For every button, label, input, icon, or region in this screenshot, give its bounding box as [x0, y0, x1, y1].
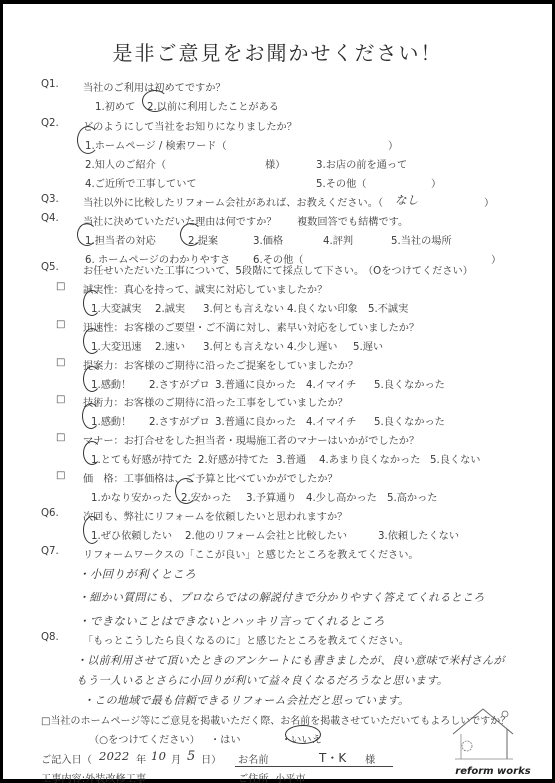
house-logo-icon — [443, 704, 543, 766]
q3-question: 当社以外に比較したリフォーム会社があれば、お教えください。（ — [83, 194, 383, 209]
q2-number: Q2. — [41, 118, 59, 129]
q8-number: Q8. — [41, 632, 59, 643]
q6-option-1[interactable]: 1.ぜひ依頼したい — [91, 527, 172, 542]
q5-item-label: 価 格：工事価格は、ご予算と比べていかがでしたか？ — [83, 470, 338, 485]
q2-option-4[interactable]: 4.ご近所で工事していて — [85, 175, 197, 190]
q6-option-3[interactable]: 3.依頼したくない — [378, 527, 459, 542]
q5-item-option[interactable]: 3.普通 — [276, 451, 306, 466]
q7-answer: ・小回りが利くところ — [78, 566, 196, 582]
year-unit: 年 — [136, 751, 146, 766]
q5-item-option[interactable]: 1.とても好感が持てた — [91, 451, 192, 466]
q5-item-label: 誠実性：真心を持って、誠実に対応していましたか？ — [83, 281, 327, 296]
q5-item-option[interactable]: 2.さすがプロ — [149, 413, 210, 428]
q3-close: ） — [484, 194, 494, 209]
name-suffix: 様 — [365, 751, 375, 766]
q5-item-option[interactable]: 3.普通に良かった — [215, 413, 296, 428]
selection-circle — [77, 126, 99, 154]
q8-answer: ・この地域で最も信頼できるリフォーム会社だと思っています。 — [83, 692, 409, 708]
q4-other-close: ） — [491, 251, 501, 266]
q5-item-option[interactable]: 2.速い — [155, 338, 185, 353]
work-label: 工事内容: — [41, 770, 85, 783]
page-title: 是非ご意見をお聞かせください！ — [3, 37, 552, 66]
q5-item-option[interactable]: 5.不誠実 — [368, 300, 408, 315]
q5-item-label: 提案力：お客様のご期待に沿ったご提案をしていましたか？ — [83, 357, 358, 372]
q6-number: Q6. — [41, 508, 59, 519]
q5-item-option[interactable]: 2.好感が持てた — [198, 451, 269, 466]
q2-option-2-suffix: 様） — [265, 156, 285, 171]
q4-note: 複数回答でも結構です。 — [297, 213, 408, 228]
q5-item-label: 迅速性：お客様のご要望・ご不満に対し、素早い対応をしていましたか？ — [83, 319, 419, 334]
q5-note: （Oをつけてください） — [363, 262, 473, 277]
q4-option-3[interactable]: 3.価格 — [253, 232, 283, 247]
q5-item-option[interactable]: 4.イマイチ — [306, 413, 356, 428]
q7-answer: ・細かい質問にも、プロならではの解説付きで分かりやすく答えてくれるところ — [78, 589, 485, 605]
address-value: 小平市 — [275, 770, 306, 783]
q6-question: 次回も、弊社にリフォームを依頼したいと思われますか？ — [83, 508, 347, 523]
q5-item-option[interactable]: 5.良くなかった — [374, 376, 445, 391]
q5-item-label: 技術力：お客様のご期待に沿った工事をしていましたか？ — [83, 394, 348, 409]
address-label: ご住所 — [238, 770, 269, 783]
q5-item-option[interactable]: 2.誠実 — [155, 300, 185, 315]
q8-question: 「もっとこうしたら良くなるのに」と感じたところを教えてください。 — [83, 632, 409, 647]
q5-item-option[interactable]: 4.イマイチ — [306, 376, 356, 391]
q5-item-option[interactable]: 5.遅い — [353, 338, 383, 353]
q5-item-option[interactable]: 2.さすがプロ — [149, 376, 210, 391]
q5-item-option[interactable]: 4.あまり良くなかった — [319, 451, 420, 466]
q5-item-option[interactable]: 3.予算通り — [246, 489, 296, 504]
q2-option-5-close: ） — [431, 175, 441, 190]
q5-item-option[interactable]: 1.かなり安かった — [91, 489, 172, 504]
selection-circle — [77, 223, 97, 246]
day-unit: 日） — [201, 751, 221, 766]
logo-text: reform works — [443, 766, 543, 777]
consent-question: □当社のホームページ等にご意見を掲載いただく際、お名前を掲載させていただいてもよ… — [41, 712, 510, 727]
selection-circle — [285, 725, 321, 744]
selection-circle — [83, 441, 101, 465]
selection-circle — [175, 478, 197, 504]
q4-number: Q4. — [41, 213, 59, 224]
name-label: お名前 — [238, 751, 269, 766]
name-underline — [235, 766, 393, 767]
q5-item-label: マナー：お打合せをした担当者・現場施工者のマナーはいかがでしたか？ — [83, 432, 419, 447]
q1-option-1[interactable]: 1.初めて — [95, 98, 135, 113]
survey-sheet: 是非ご意見をお聞かせください！ Q1. 当社のご利用は初めてですか？ 1.初めて… — [3, 4, 552, 779]
date-month: 10 — [151, 749, 166, 763]
q5-item-checkbox[interactable]: □ — [56, 470, 65, 481]
q2-option-5[interactable]: 5.その他（ — [316, 175, 366, 190]
work-value: 外装改修工事 — [85, 770, 146, 783]
q5-item-option[interactable]: 3.何とも言えない — [203, 338, 284, 353]
q5-item-option[interactable]: 5.良くなかった — [374, 413, 445, 428]
selection-circle — [180, 223, 202, 246]
q5-item-option[interactable]: 4.良くない印象 — [287, 300, 358, 315]
q4-option-4[interactable]: 4.評判 — [323, 232, 353, 247]
q5-item-option[interactable]: 5.高かった — [387, 489, 437, 504]
selection-circle — [83, 366, 101, 392]
q5-item-checkbox[interactable]: □ — [56, 432, 65, 443]
date-day: 5 — [187, 749, 196, 764]
q6-option-2[interactable]: 2.他のリフォーム会社と比較したい — [185, 527, 347, 542]
q8-answer: もう一人いるとさらに小回りが利いて益々良くなるだろうなと思います。 — [76, 672, 448, 688]
month-unit: 月 — [171, 751, 181, 766]
selection-circle — [83, 328, 101, 354]
q7-answer: ・できないことはできないとハッキリ言ってくれるところ — [78, 613, 385, 629]
q2-option-1-close: ） — [388, 137, 398, 152]
q5-item-checkbox[interactable]: □ — [56, 281, 65, 292]
q5-item-option[interactable]: 4.少し遅い — [287, 338, 337, 353]
q5-number: Q5. — [41, 262, 59, 273]
q7-number: Q7. — [41, 546, 59, 557]
selection-circle — [83, 516, 101, 544]
selection-circle — [142, 90, 168, 112]
q5-item-option[interactable]: 3.普通に良かった — [215, 376, 296, 391]
reform-works-logo: reform works — [443, 704, 543, 779]
q8-answer: ・以前利用させて頂いたときのアンケートにも書きましたが、良い意味で米村さんが — [76, 652, 505, 668]
date-year: 2022 — [99, 749, 129, 763]
q4-option-5[interactable]: 5.当社の場所 — [391, 232, 452, 247]
q5-item-checkbox[interactable]: □ — [56, 357, 65, 368]
q7-question: リフォームワークスの「ここが良い」と感じたところを教えてください。 — [83, 546, 419, 561]
q1-number: Q1. — [41, 79, 59, 90]
q5-item-checkbox[interactable]: □ — [56, 394, 65, 405]
q3-answer: なし — [395, 192, 419, 208]
consent-note: （○をつけてください） — [89, 731, 200, 746]
q2-option-3[interactable]: 3.お店の前を通って — [316, 156, 407, 171]
selection-circle — [82, 403, 100, 429]
name-value: T・K — [319, 749, 346, 766]
consent-yes[interactable]: ・はい — [210, 731, 241, 746]
q2-option-2[interactable]: 2.知人のご紹介（ — [85, 156, 166, 171]
q2-question: どのようにして当社をお知りになりましたか？ — [83, 118, 297, 133]
q2-option-1[interactable]: 1.ホームページ / 検索ワード（ — [85, 137, 227, 152]
q5-question: お任せいただいた工事について、5段階にて採点して下さい。 — [83, 262, 364, 277]
q4-question: 当社に決めていただいた理由は何ですか？ — [83, 213, 277, 228]
q3-number: Q3. — [41, 194, 59, 205]
date-label: ご記入日（ — [41, 751, 92, 766]
selection-circle — [83, 290, 101, 316]
q5-item-option[interactable]: 4.少し高かった — [306, 489, 377, 504]
q5-item-option[interactable]: 5.良くない — [430, 451, 480, 466]
q5-item-option[interactable]: 3.何とも言えない — [203, 300, 284, 315]
q5-item-checkbox[interactable]: □ — [56, 319, 65, 330]
